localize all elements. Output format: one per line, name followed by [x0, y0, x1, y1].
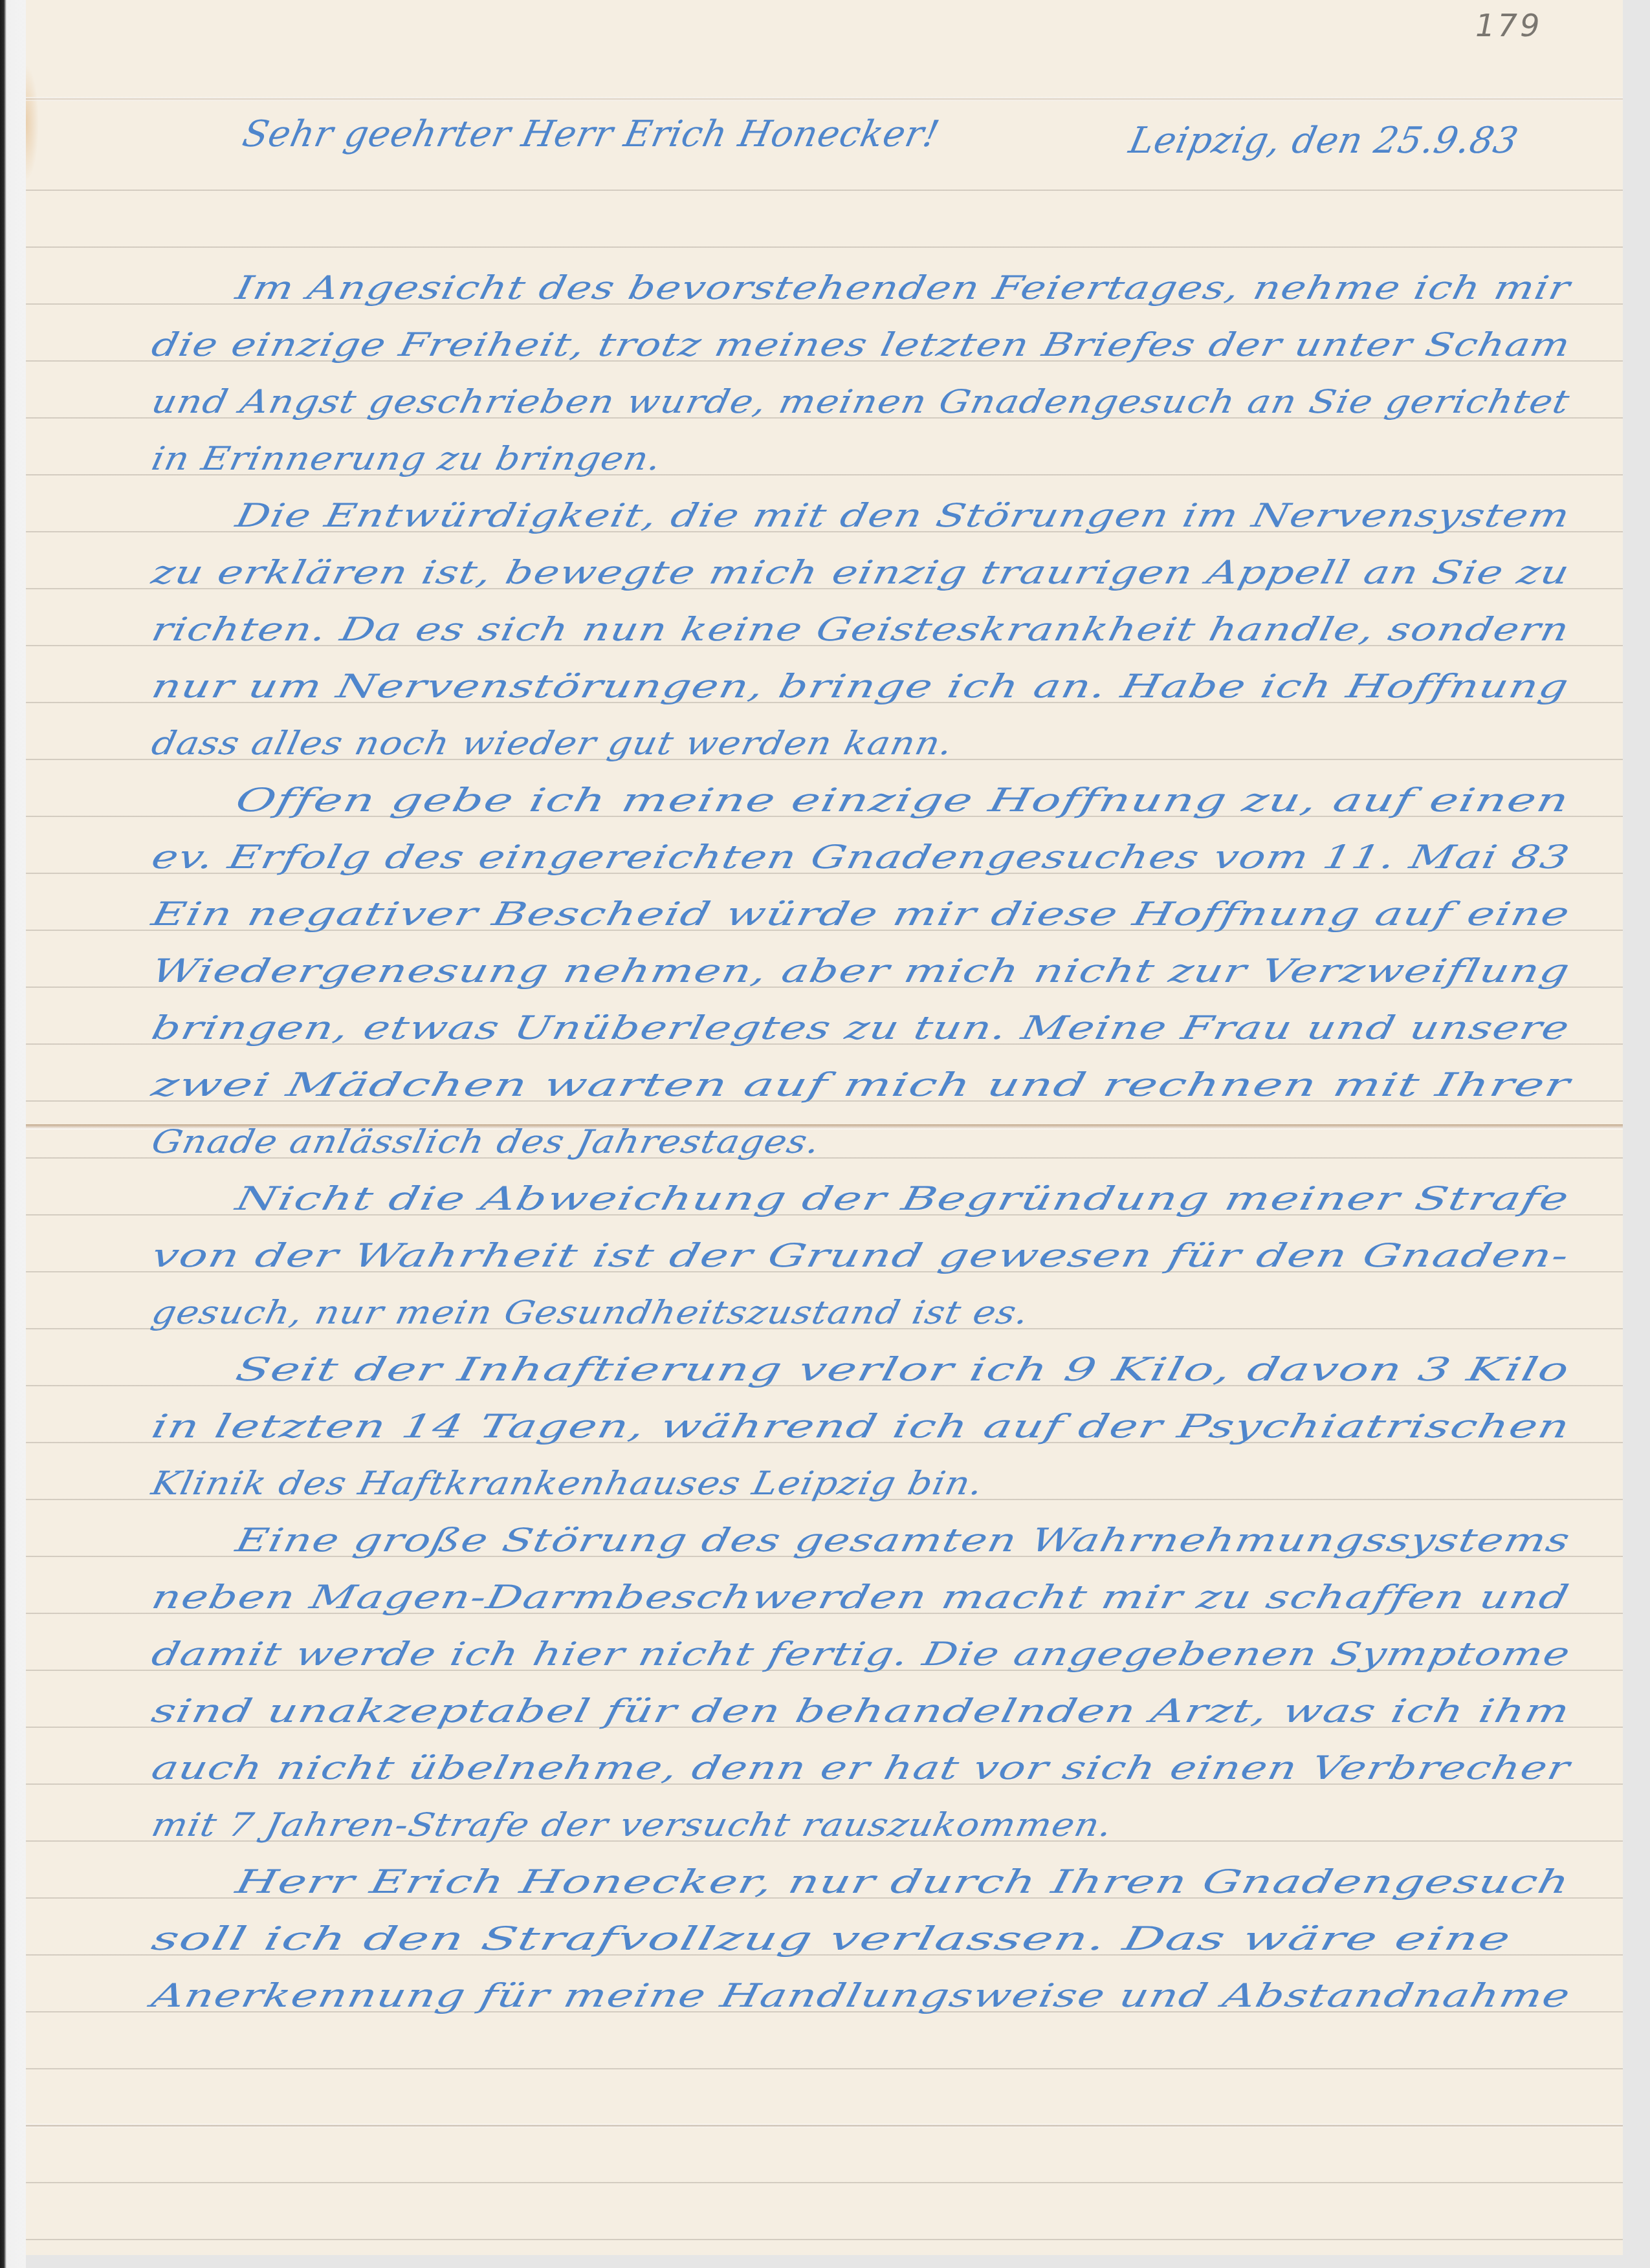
- letter-body: Im Angesicht des bevorstehenden Feiertag…: [26, 0, 1623, 2255]
- letter-line: Im Angesicht des bevorstehenden Feiertag…: [233, 272, 1574, 304]
- letter-line: Nicht die Abweichung der Begründung mein…: [233, 1183, 1572, 1215]
- letter-line: Herr Erich Honecker, nur durch Ihren Gna…: [233, 1866, 1573, 1898]
- letter-line: damit werde ich hier nicht fertig. Die a…: [149, 1638, 1574, 1670]
- letter-line: und Angst geschrieben wurde, meinen Gnad…: [149, 386, 1573, 418]
- letter-line: Gnade anlässlich des Jahrestages.: [149, 1126, 823, 1158]
- letter-line: Offen gebe ich meine einzige Hoffnung zu…: [233, 784, 1572, 816]
- letter-line: Ein negativer Bescheid würde mir diese H…: [149, 898, 1573, 930]
- letter-line: soll ich den Strafvollzug verlassen. Das…: [149, 1923, 1514, 1955]
- letter-line: nur um Nervenstörungen, bringe ich an. H…: [149, 670, 1572, 703]
- letter-line: zu erklären ist, bewegte mich einzig tra…: [149, 556, 1573, 589]
- letter-line: dass alles noch wieder gut werden kann.: [149, 727, 956, 759]
- letter-line: die einzige Freiheit, trotz meines letzt…: [149, 329, 1574, 361]
- letter-line: bringen, etwas Unüberlegtes zu tun. Mein…: [149, 1012, 1573, 1044]
- letter-line: gesuch, nur mein Gesundheitszustand ist …: [149, 1296, 1032, 1329]
- letter-line: zwei Mädchen warten auf mich und rechnen…: [149, 1069, 1573, 1101]
- letter-line: Anerkennung für meine Handlungsweise und…: [149, 1979, 1574, 2012]
- letter-line: Eine große Störung des gesamten Wahrnehm…: [233, 1524, 1573, 1556]
- letter-line: sind unakzeptabel für den behandelnden A…: [149, 1695, 1573, 1727]
- letter-line: ev. Erfolg des eingereichten Gnadengesuc…: [149, 841, 1573, 873]
- letter-line: Seit der Inhaftierung verlor ich 9 Kilo,…: [233, 1353, 1572, 1386]
- letter-paper: 179 Sehr geehrter Herr Erich Honecker! L…: [26, 0, 1623, 2255]
- letter-line: von der Wahrheit ist der Grund gewesen f…: [149, 1239, 1572, 1272]
- letter-line: in letzten 14 Tagen, während ich auf der…: [149, 1410, 1573, 1443]
- letter-line: Wiedergenesung nehmen, aber mich nicht z…: [149, 955, 1573, 987]
- letter-line: mit 7 Jahren-Strafe der versucht rauszuk…: [149, 1809, 1116, 1841]
- letter-line: richten. Da es sich nun keine Geisteskra…: [149, 613, 1572, 646]
- letter-line: neben Magen-Darmbeschwerden macht mir zu…: [149, 1581, 1572, 1613]
- letter-line: Klinik des Haftkrankenhauses Leipzig bin…: [149, 1467, 986, 1499]
- letter-line: Die Entwürdigkeit, die mit den Störungen…: [233, 499, 1573, 532]
- scan-left-edge: [0, 0, 26, 2268]
- letter-line: in Erinnerung zu bringen.: [149, 442, 665, 475]
- letter-line: auch nicht übelnehme, denn er hat vor si…: [149, 1752, 1573, 1784]
